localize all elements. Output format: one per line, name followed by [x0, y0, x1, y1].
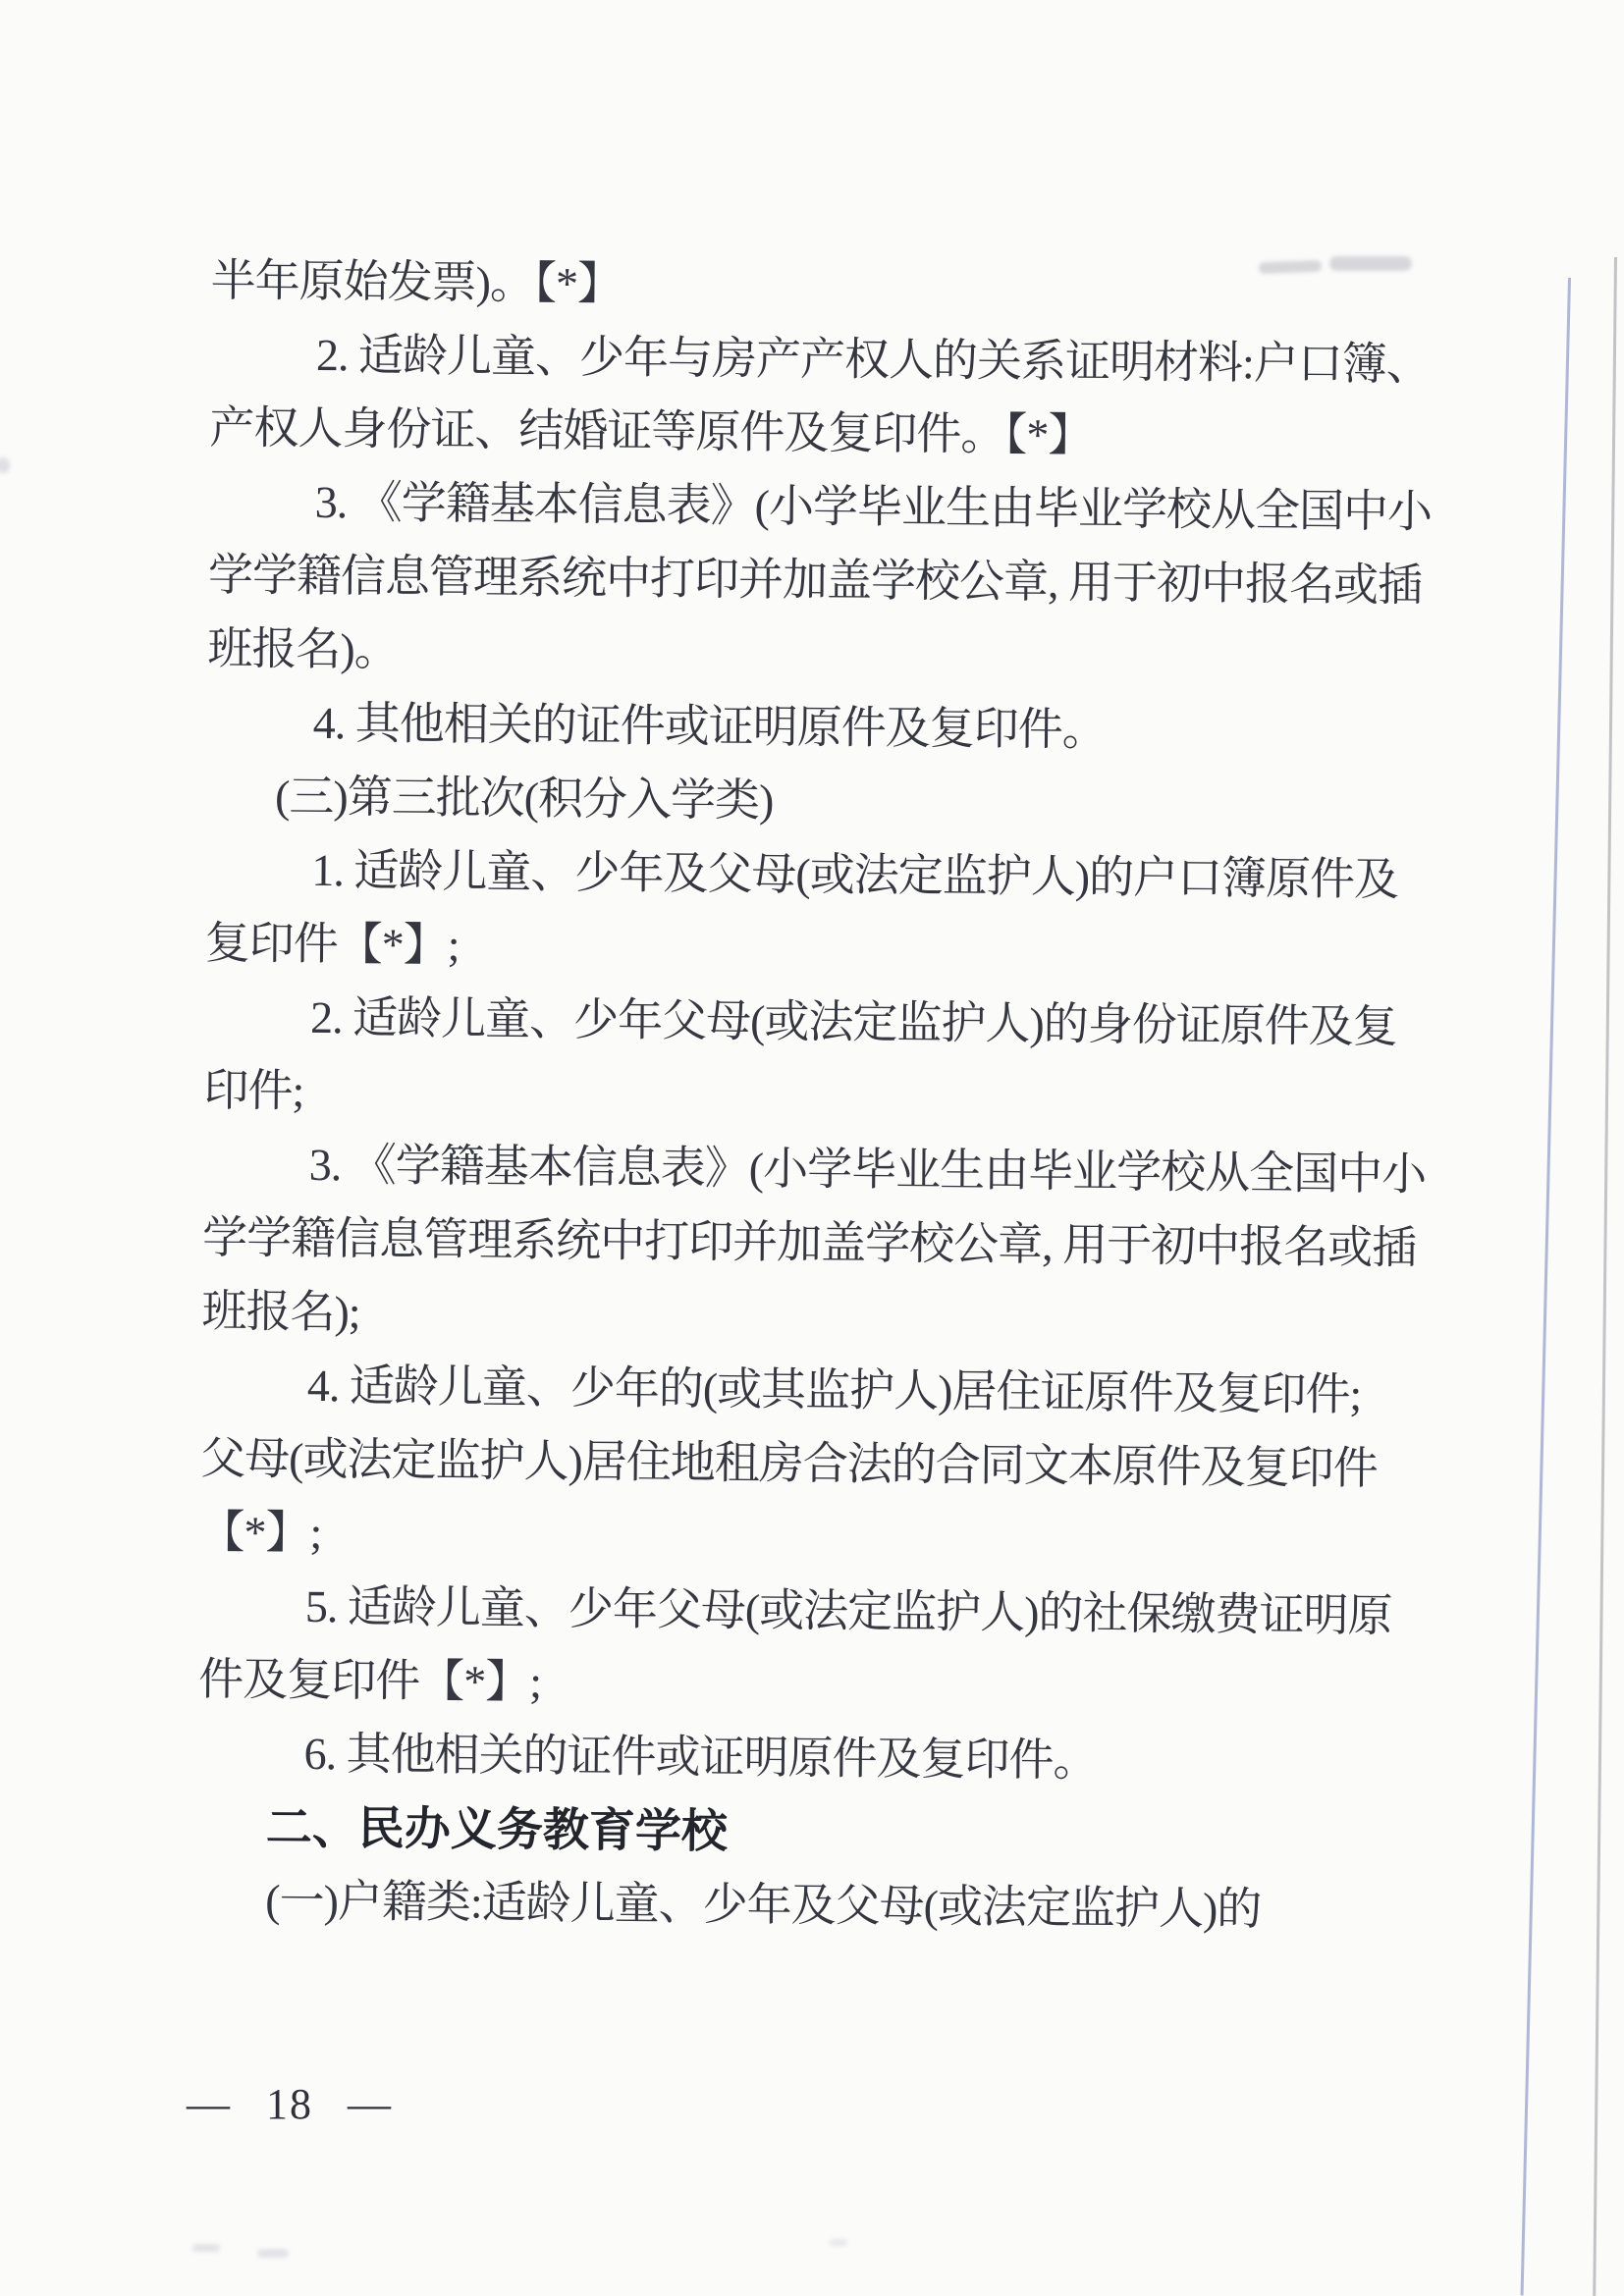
scan-artifact-smudge: [1259, 260, 1322, 274]
text-line: 学学籍信息管理系统中打印并加盖学校公章, 用于初中报名或插: [202, 1201, 1426, 1285]
text-line: 复印件【*】;: [204, 906, 1428, 990]
text-line: 半年原始发票)。【*】: [210, 243, 1434, 328]
section-heading-private-schools: 二、民办义务教育学校: [197, 1789, 1421, 1874]
text-line-item-6: 6. 其他相关的证件或证明原件及复印件。: [197, 1716, 1421, 1800]
scan-artifact-vertical-line-blue: [1521, 278, 1571, 2296]
page-number: — 18 —: [187, 2079, 393, 2129]
text-line: 产权人身份证、结婚证等原件及复印件。【*】: [209, 391, 1433, 475]
scan-artifact-smudge: [192, 2244, 220, 2252]
text-line: 印件;: [203, 1053, 1427, 1138]
scan-artifact-vertical-line-gray: [1593, 257, 1617, 2296]
text-line: 【*】;: [199, 1495, 1423, 1579]
text-line: 父母(或法定监护人)居住地租房合法的合同文本原件及复印件: [200, 1421, 1424, 1506]
text-line-item-3: 3. 《学籍基本信息表》(小学毕业生由毕业学校从全国中小: [202, 1127, 1426, 1211]
scan-artifact-smudge: [257, 2249, 289, 2258]
text-line-item-4: 4. 适龄儿童、少年的(或其监护人)居住证原件及复印件;: [201, 1348, 1425, 1432]
text-line-item-4: 4. 其他相关的证件或证明原件及复印件。: [206, 685, 1430, 770]
document-text-block: 半年原始发票)。【*】 2. 适龄儿童、少年与房产产权人的关系证明材料:户口簿、…: [196, 243, 1434, 1948]
text-line: 班报名)。: [207, 612, 1431, 696]
subsection-heading-household-type: (一)户籍类:适龄儿童、少年及父母(或法定监护人)的: [196, 1863, 1420, 1948]
text-line-item-3: 3. 《学籍基本信息表》(小学毕业生由毕业学校从全国中小: [208, 464, 1432, 549]
text-line-item-2: 2. 适龄儿童、少年父母(或法定监护人)的身份证原件及复: [204, 980, 1428, 1064]
text-line: 学学籍信息管理系统中打印并加盖学校公章, 用于初中报名或插: [208, 538, 1432, 622]
scan-artifact-smudge: [1329, 256, 1412, 271]
text-line-item-5: 5. 适龄儿童、少年父母(或法定监护人)的社保缴费证明原: [199, 1569, 1423, 1653]
text-line: 件及复印件【*】;: [198, 1642, 1422, 1727]
scan-artifact-smudge: [830, 2239, 847, 2246]
subsection-heading-third-batch: (三)第三批次(积分入学类): [206, 759, 1430, 843]
text-line-item-2: 2. 适龄儿童、少年与房产产权人的关系证明材料:户口簿、: [210, 317, 1434, 401]
text-line: 班报名);: [201, 1274, 1425, 1359]
text-line-item-1: 1. 适龄儿童、少年及父母(或法定监护人)的户口簿原件及: [205, 832, 1429, 917]
scanned-document-page: 半年原始发票)。【*】 2. 适龄儿童、少年与房产产权人的关系证明材料:户口簿、…: [0, 0, 1624, 2296]
scan-artifact-smudge: [0, 457, 10, 473]
